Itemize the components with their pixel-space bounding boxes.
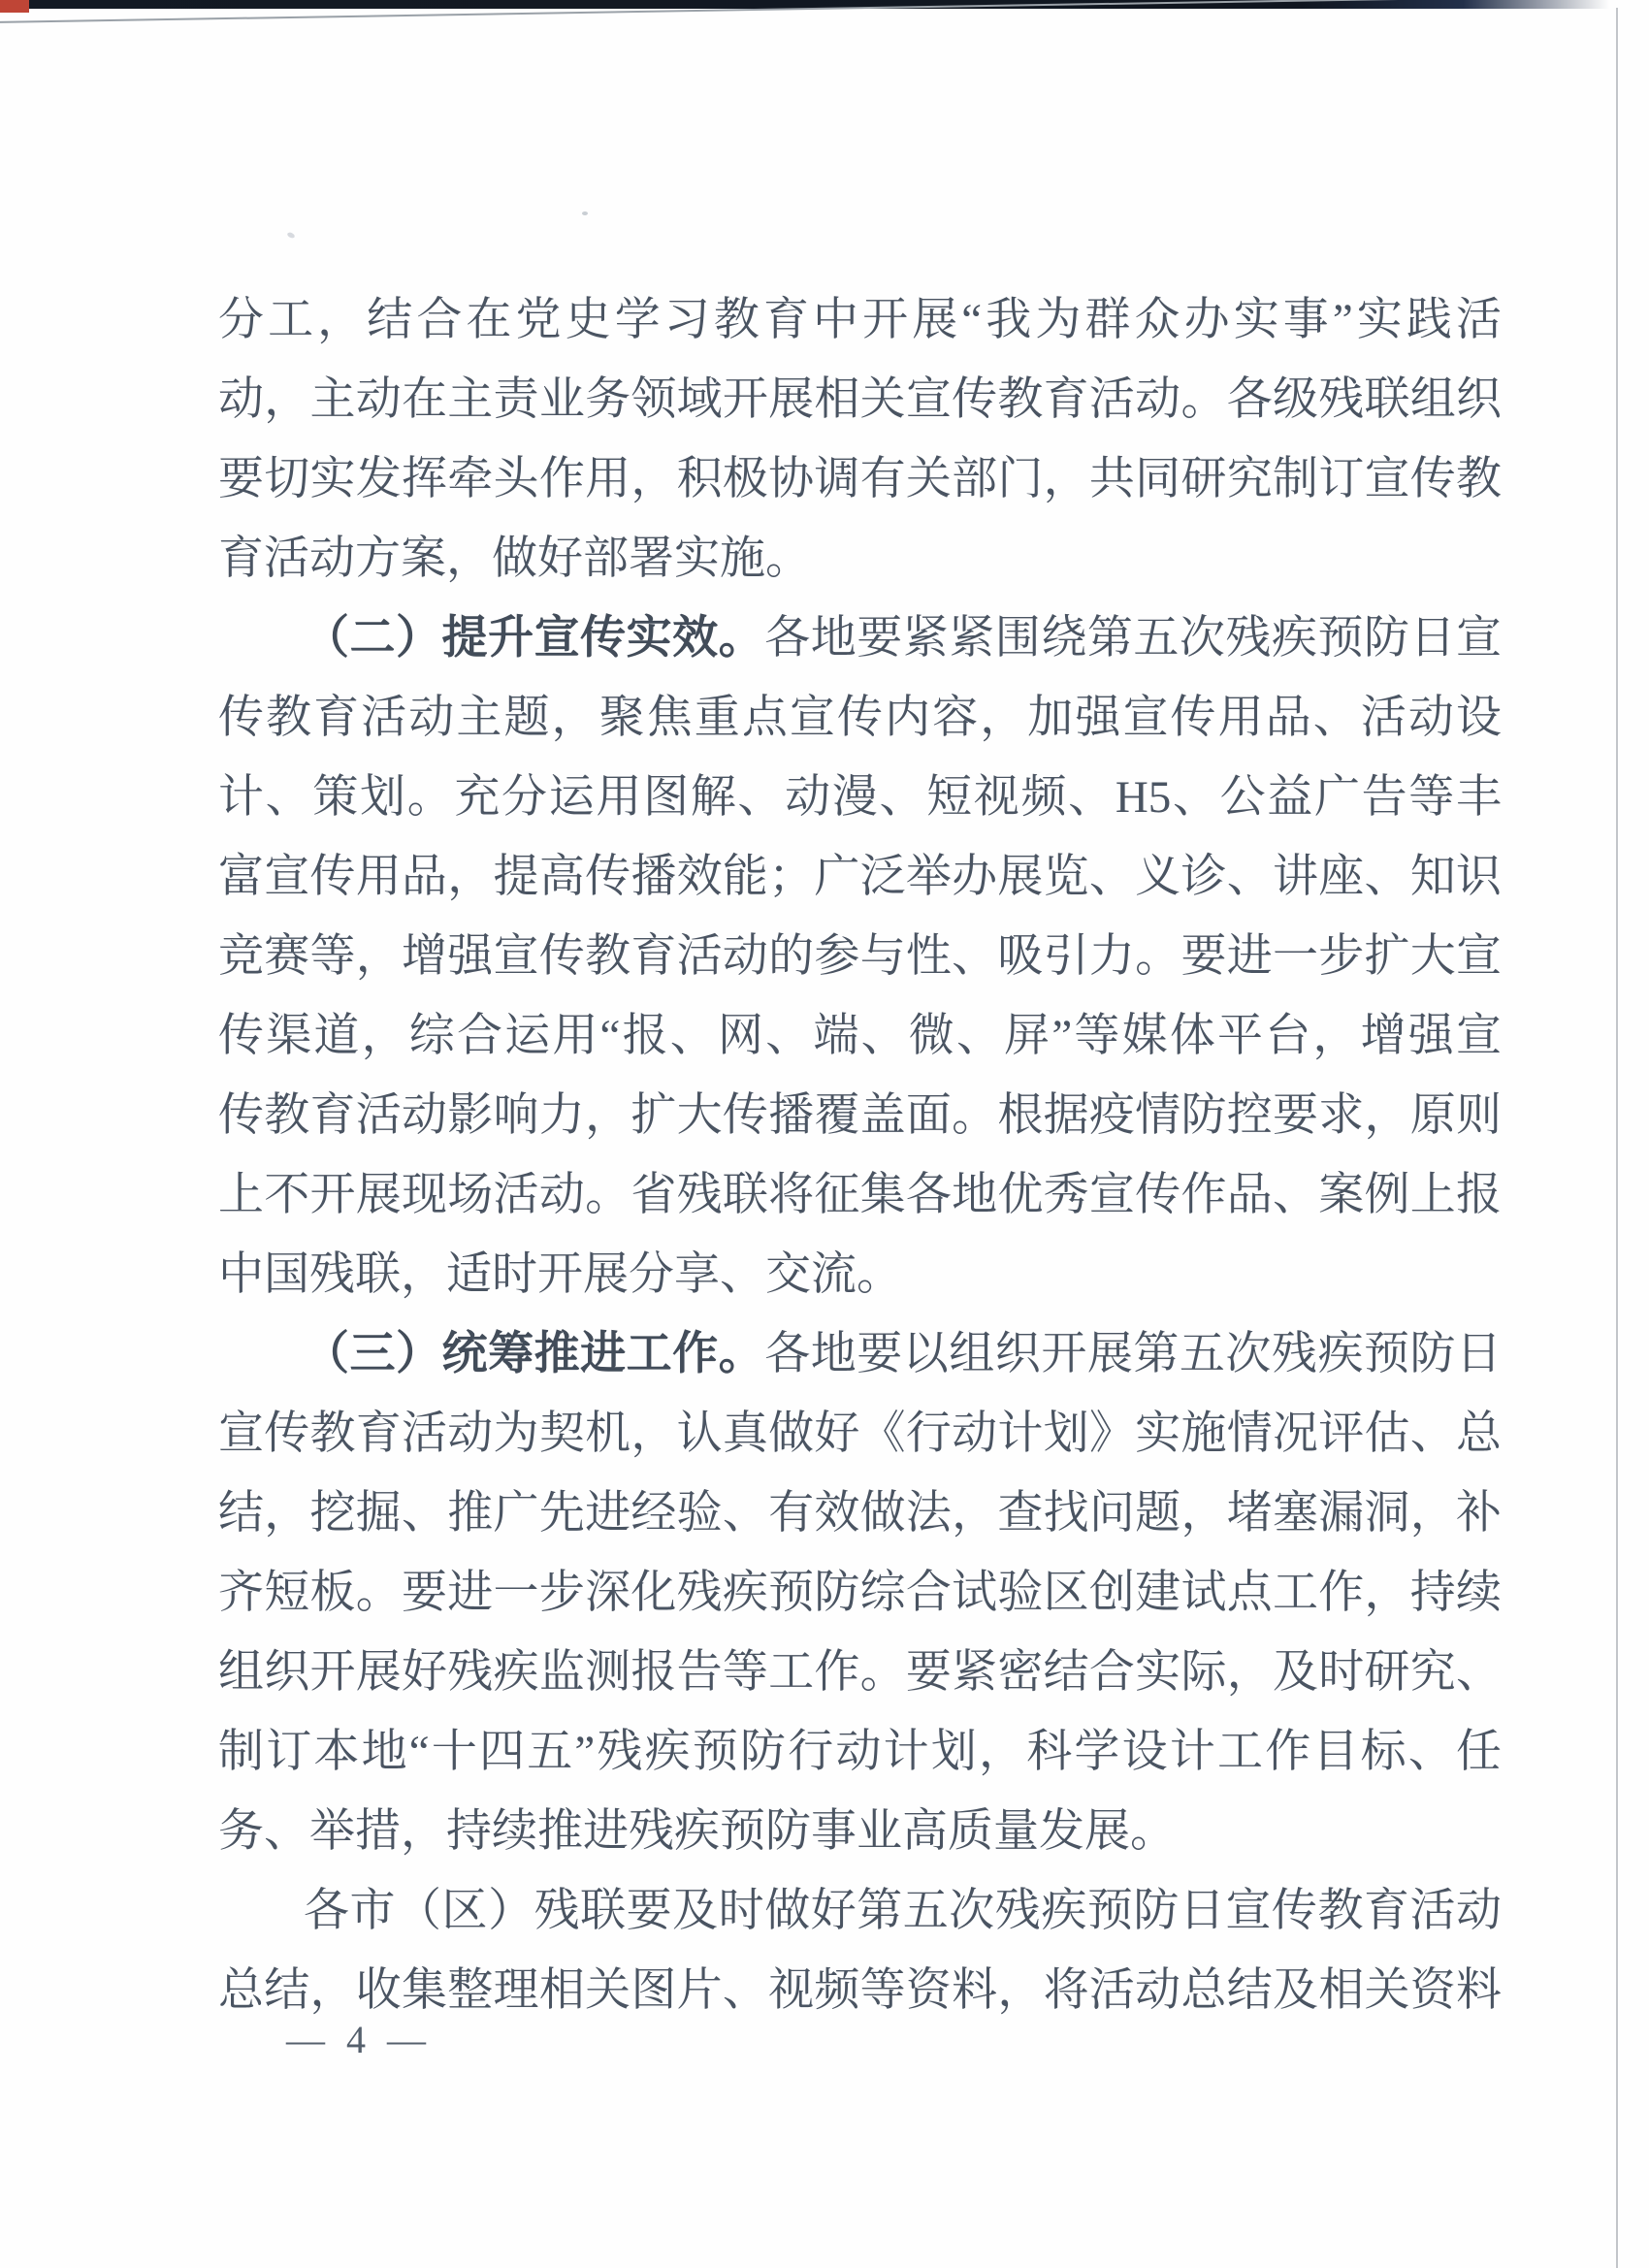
text-line: 结，挖掘、推广先进经验、有效做法，查找问题，堵塞漏洞，补: [218, 1474, 1502, 1553]
scan-speck: [582, 211, 588, 215]
text-line: 宣传教育活动为契机，认真做好《行动计划》实施情况评估、总: [218, 1394, 1502, 1474]
scan-red-mark: [0, 0, 29, 13]
text-line: 要切实发挥牵头作用，积极协调有关部门，共同研究制订宣传教: [218, 439, 1502, 519]
text-line: 齐短板。要进一步深化残疾预防综合试验区创建试点工作，持续: [218, 1553, 1502, 1633]
text-line: 富宣传用品，提高传播效能；广泛举办展览、义诊、讲座、知识: [218, 837, 1502, 917]
text-line: 上不开展现场活动。省残联将征集各地优秀宣传作品、案例上报: [218, 1155, 1502, 1235]
text-line: 分工，结合在党史学习教育中开展“我为群众办实事”实践活: [218, 280, 1502, 360]
section-heading: （三）统筹推进工作。: [304, 1329, 764, 1379]
text-line: 传教育活动主题，聚焦重点宣传内容，加强宣传用品、活动设: [218, 678, 1502, 758]
text-line: （三）统筹推进工作。各地要以组织开展第五次残疾预防日: [218, 1314, 1502, 1394]
text-line: 务、举措，持续推进残疾预防事业高质量发展。: [218, 1792, 1502, 1871]
text-line: 竞赛等，增强宣传教育活动的参与性、吸引力。要进一步扩大宣: [218, 917, 1502, 996]
text-line: 育活动方案，做好部署实施。: [218, 519, 1502, 599]
page-number: — 4 —: [252, 2016, 466, 2064]
text-line: 计、策划。充分运用图解、动漫、短视频、H5、公益广告等丰: [218, 758, 1502, 837]
section-heading: （二）提升宣传实效。: [304, 613, 764, 664]
text-line: 传渠道，综合运用“报、网、端、微、屏”等媒体平台，增强宣: [218, 996, 1502, 1076]
scan-speck: [286, 232, 295, 240]
document-body: 分工，结合在党史学习教育中开展“我为群众办实事”实践活动，主动在主责业务领域开展…: [218, 280, 1502, 2030]
text-line: 中国残联，适时开展分享、交流。: [218, 1235, 1502, 1314]
text-line: （二）提升宣传实效。各地要紧紧围绕第五次残疾预防日宣: [218, 599, 1502, 678]
text-line: 组织开展好残疾监测报告等工作。要紧密结合实际，及时研究、: [218, 1633, 1502, 1712]
text-line: 制订本地“十四五”残疾预防行动计划，科学设计工作目标、任: [218, 1712, 1502, 1792]
text-line: 各市（区）残联要及时做好第五次残疾预防日宣传教育活动: [218, 1871, 1502, 1951]
text-line: 动，主动在主责业务领域开展相关宣传教育活动。各级残联组织: [218, 360, 1502, 439]
text-line: 传教育活动影响力，扩大传播覆盖面。根据疫情防控要求，原则: [218, 1076, 1502, 1155]
scan-right-edge-line: [1616, 8, 1618, 2268]
document-page: 分工，结合在党史学习教育中开展“我为群众办实事”实践活动，主动在主责业务领域开展…: [0, 0, 1649, 2268]
